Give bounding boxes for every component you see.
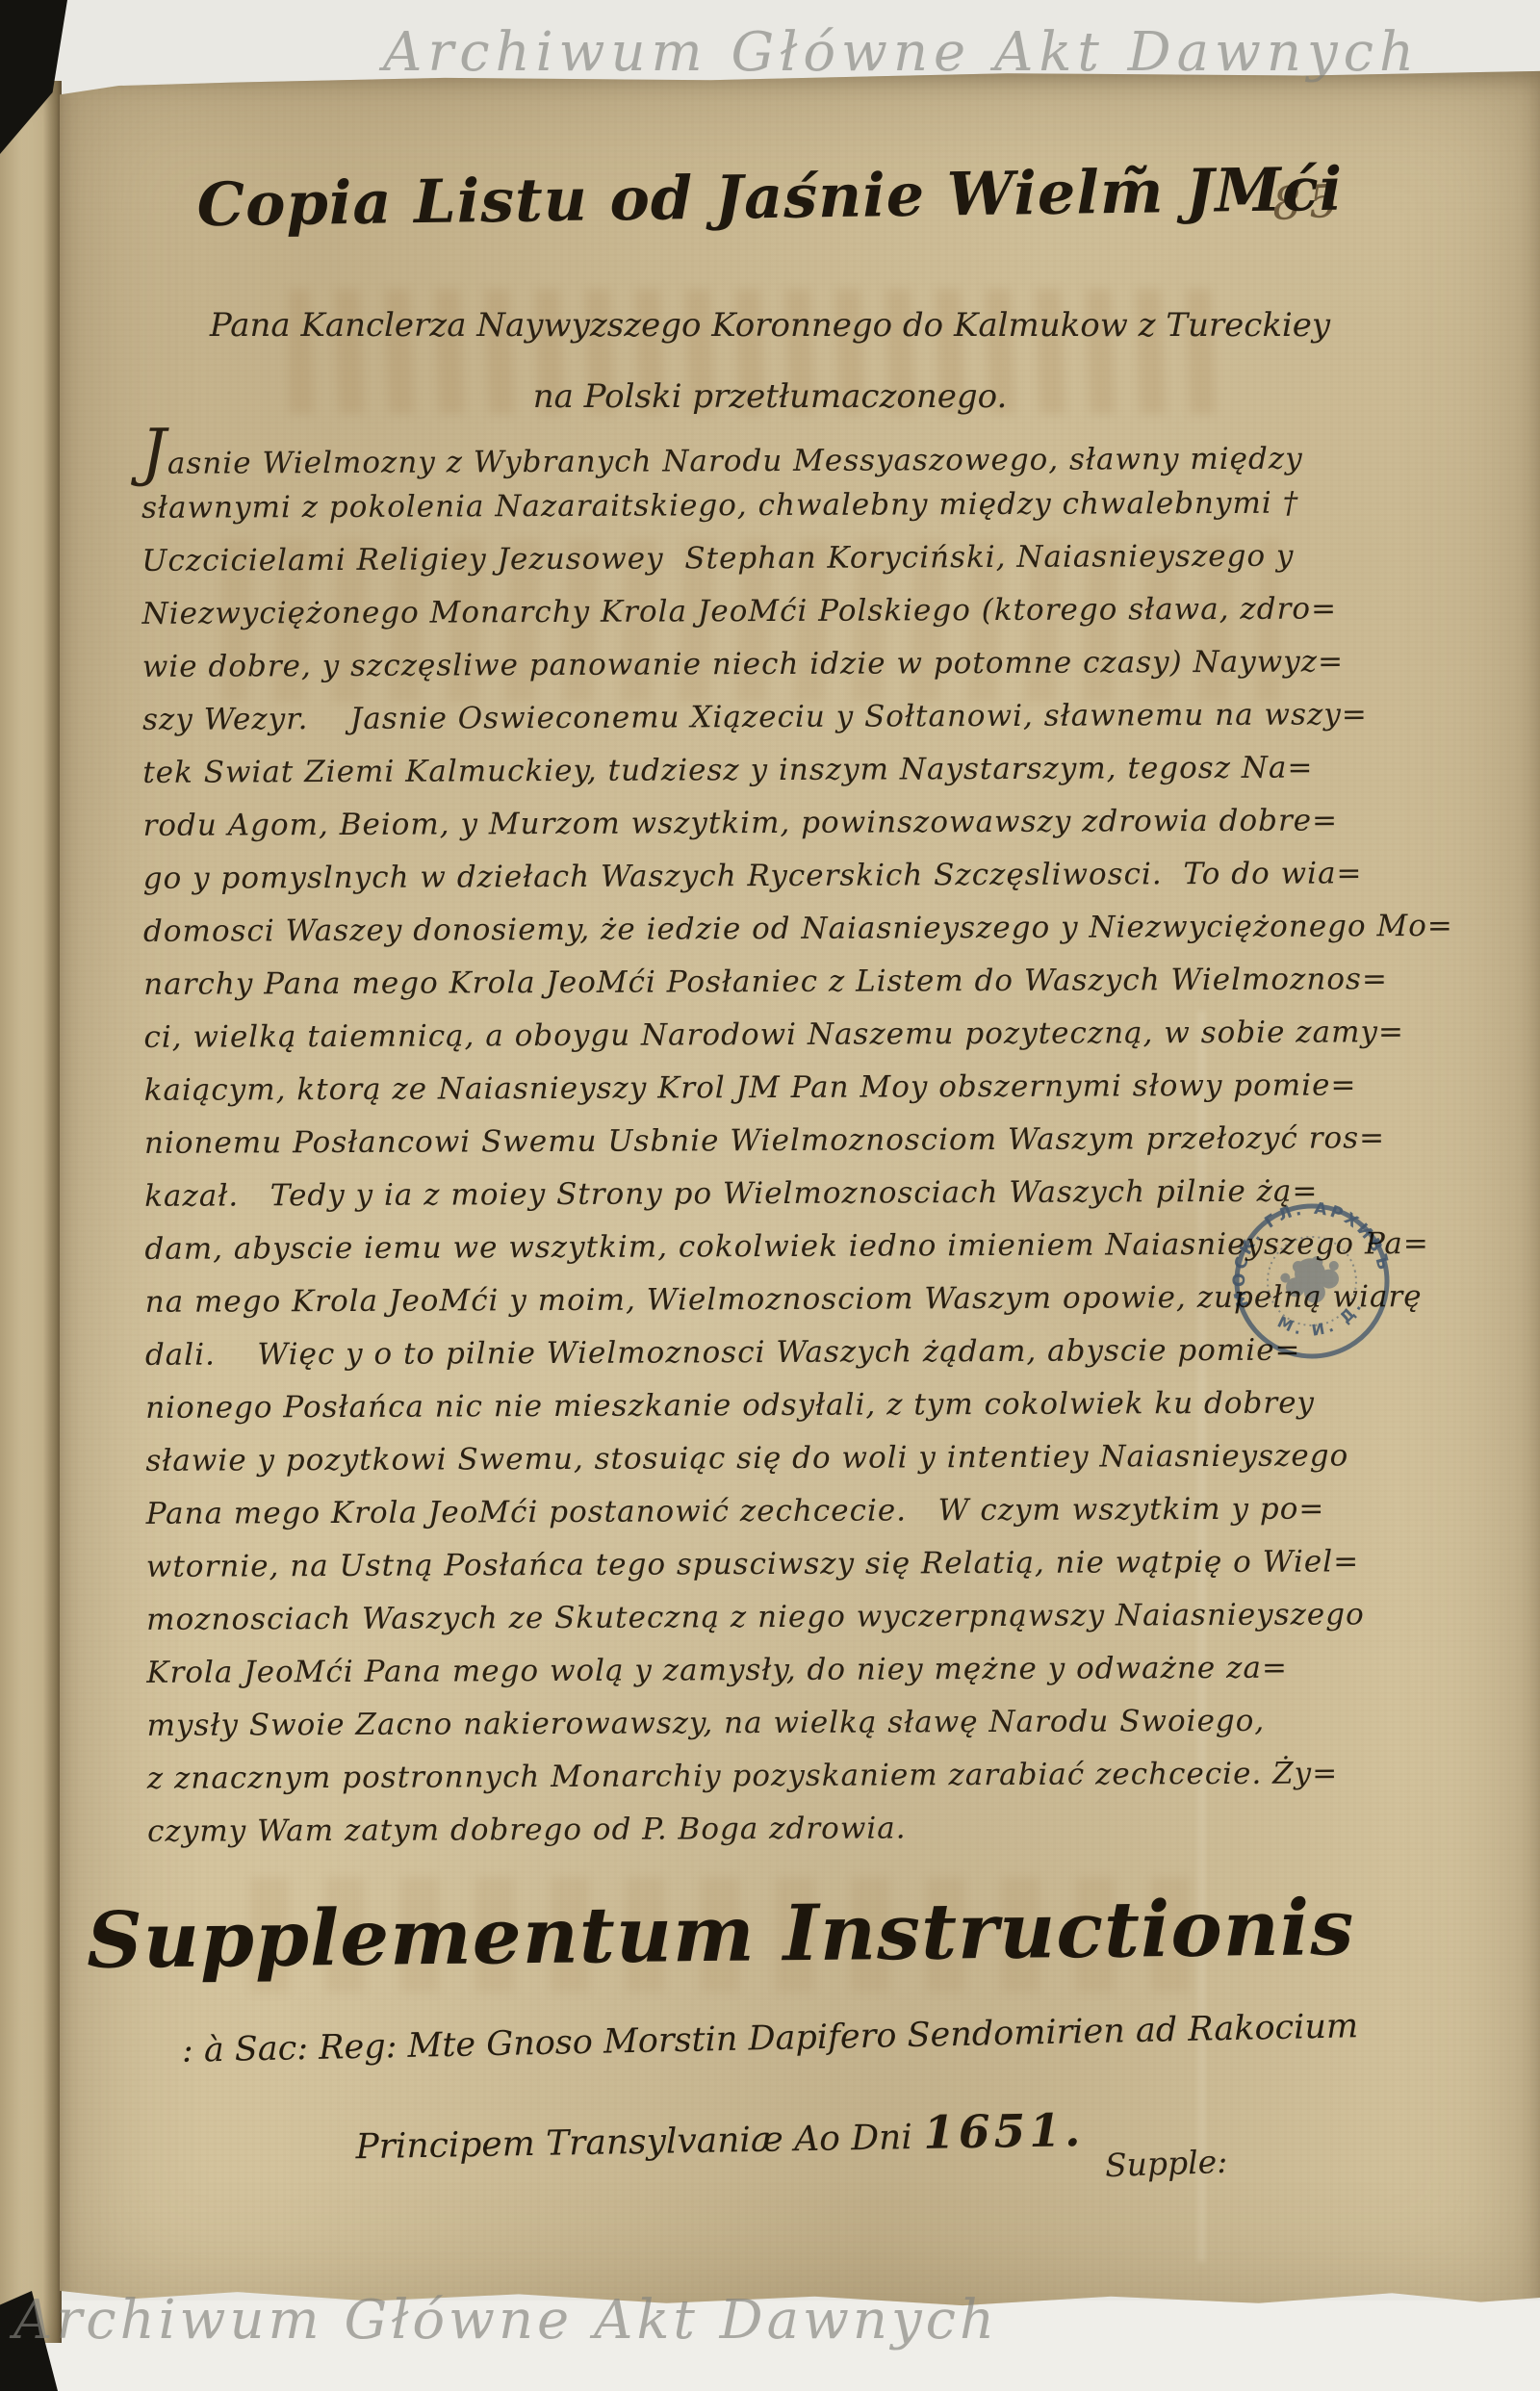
supplement-year: 1651.: [923, 2104, 1085, 2160]
scanned-manuscript-page: 85 Copia Listu od Jaśnie Wielm̃ JMći Pan…: [0, 0, 1540, 2391]
manuscript-line: czymy Wam zatym dobrego od P. Boga zdrow…: [147, 1809, 1418, 1867]
manuscript-line: nionemu Posłancowi Swemu Usbnie Wielmozn…: [144, 1120, 1415, 1179]
stamp-eagle-emblem: [1277, 1251, 1347, 1310]
manuscript-line: tek Swiat Ziemi Kalmuckiey, tudziesz y i…: [142, 750, 1413, 809]
manuscript-line: domosci Waszey donosiemy, że iedzie od N…: [143, 909, 1414, 967]
manuscript-line: Jasnie Wielmozny z Wybranych Narodu Mess…: [141, 432, 1412, 491]
archive-watermark-bottom: Archiwum Główne Akt Dawnych: [13, 2289, 998, 2352]
manuscript-line: wtornie, na Ustną Posłańca tego spusciws…: [146, 1544, 1417, 1603]
supplement-heading: Supplementum Instructionis: [87, 1882, 1339, 1986]
manuscript-line: narchy Pana mego Krola JeoMći Posłaniec …: [143, 962, 1414, 1020]
book-gutter-page-edges: [0, 81, 62, 2343]
manuscript-line: ci, wielką taiemnicą, a oboygu Narodowi …: [143, 1015, 1414, 1073]
letter-subtitle-line2: na Polski przetłumaczonego.: [144, 377, 1396, 416]
letter-subtitle-line1: Pana Kanclerza Naywyzszego Koronnego do …: [144, 306, 1396, 345]
manuscript-line: dali. Więc y o to pilnie Wielmoznosci Wa…: [145, 1332, 1416, 1391]
manuscript-line: moznosciach Waszych ze Skuteczną z niego…: [146, 1597, 1417, 1656]
manuscript-line: Uczcicielami Religiey Jezusowey Stephan …: [141, 538, 1412, 597]
manuscript-line: Pana mego Krola JeoMći postanowić zechce…: [146, 1491, 1417, 1550]
manuscript-line: szy Wezyr. Jasnie Oswieconemu Xiązeciu y…: [142, 697, 1413, 756]
manuscript-line: rodu Agom, Beiom, y Murzom wszytkim, pow…: [142, 803, 1413, 861]
manuscript-line: na mego Krola JeoMći y moim, Wielmoznosc…: [145, 1279, 1416, 1338]
supplement-line2: Principem Transylvaniæ Ao Dni 1651.: [71, 2061, 1324, 2215]
supplement-line2-text: Principem Transylvaniæ Ao Dni: [355, 2118, 923, 2167]
manuscript-line: kaiącym, ktorą ze Naiasnieyszy Krol JM P…: [144, 1067, 1415, 1126]
manuscript-line: z znacznym postronnych Monarchiy pozyska…: [147, 1756, 1418, 1814]
manuscript-line: sławnymi z pokolenia Nazaraitskiego, chw…: [141, 485, 1412, 544]
manuscript-line: mysły Swoie Zacno nakierowawszy, na wiel…: [147, 1703, 1418, 1761]
manuscript-line: wie dobre, y szczęsliwe panowanie niech …: [142, 644, 1413, 703]
archive-watermark-top: Archiwum Główne Akt Dawnych: [383, 21, 1420, 84]
manuscript-line: go y pomyslnych w dziełach Waszych Rycer…: [143, 856, 1414, 914]
letter-body: Jasnie Wielmozny z Wybranych Narodu Mess…: [141, 432, 1418, 1867]
manuscript-line: nionego Posłańca nic nie mieszkanie odsy…: [145, 1385, 1416, 1444]
manuscript-line: Niezwyciężonego Monarchy Krola JeoMći Po…: [141, 591, 1412, 650]
manuscript-line: Krola JeoMći Pana mego wolą y zamysły, d…: [146, 1650, 1417, 1709]
catchword: Supple:: [1104, 2143, 1228, 2184]
manuscript-line: sławie y pozytkowi Swemu, stosuiąc się d…: [145, 1438, 1416, 1497]
